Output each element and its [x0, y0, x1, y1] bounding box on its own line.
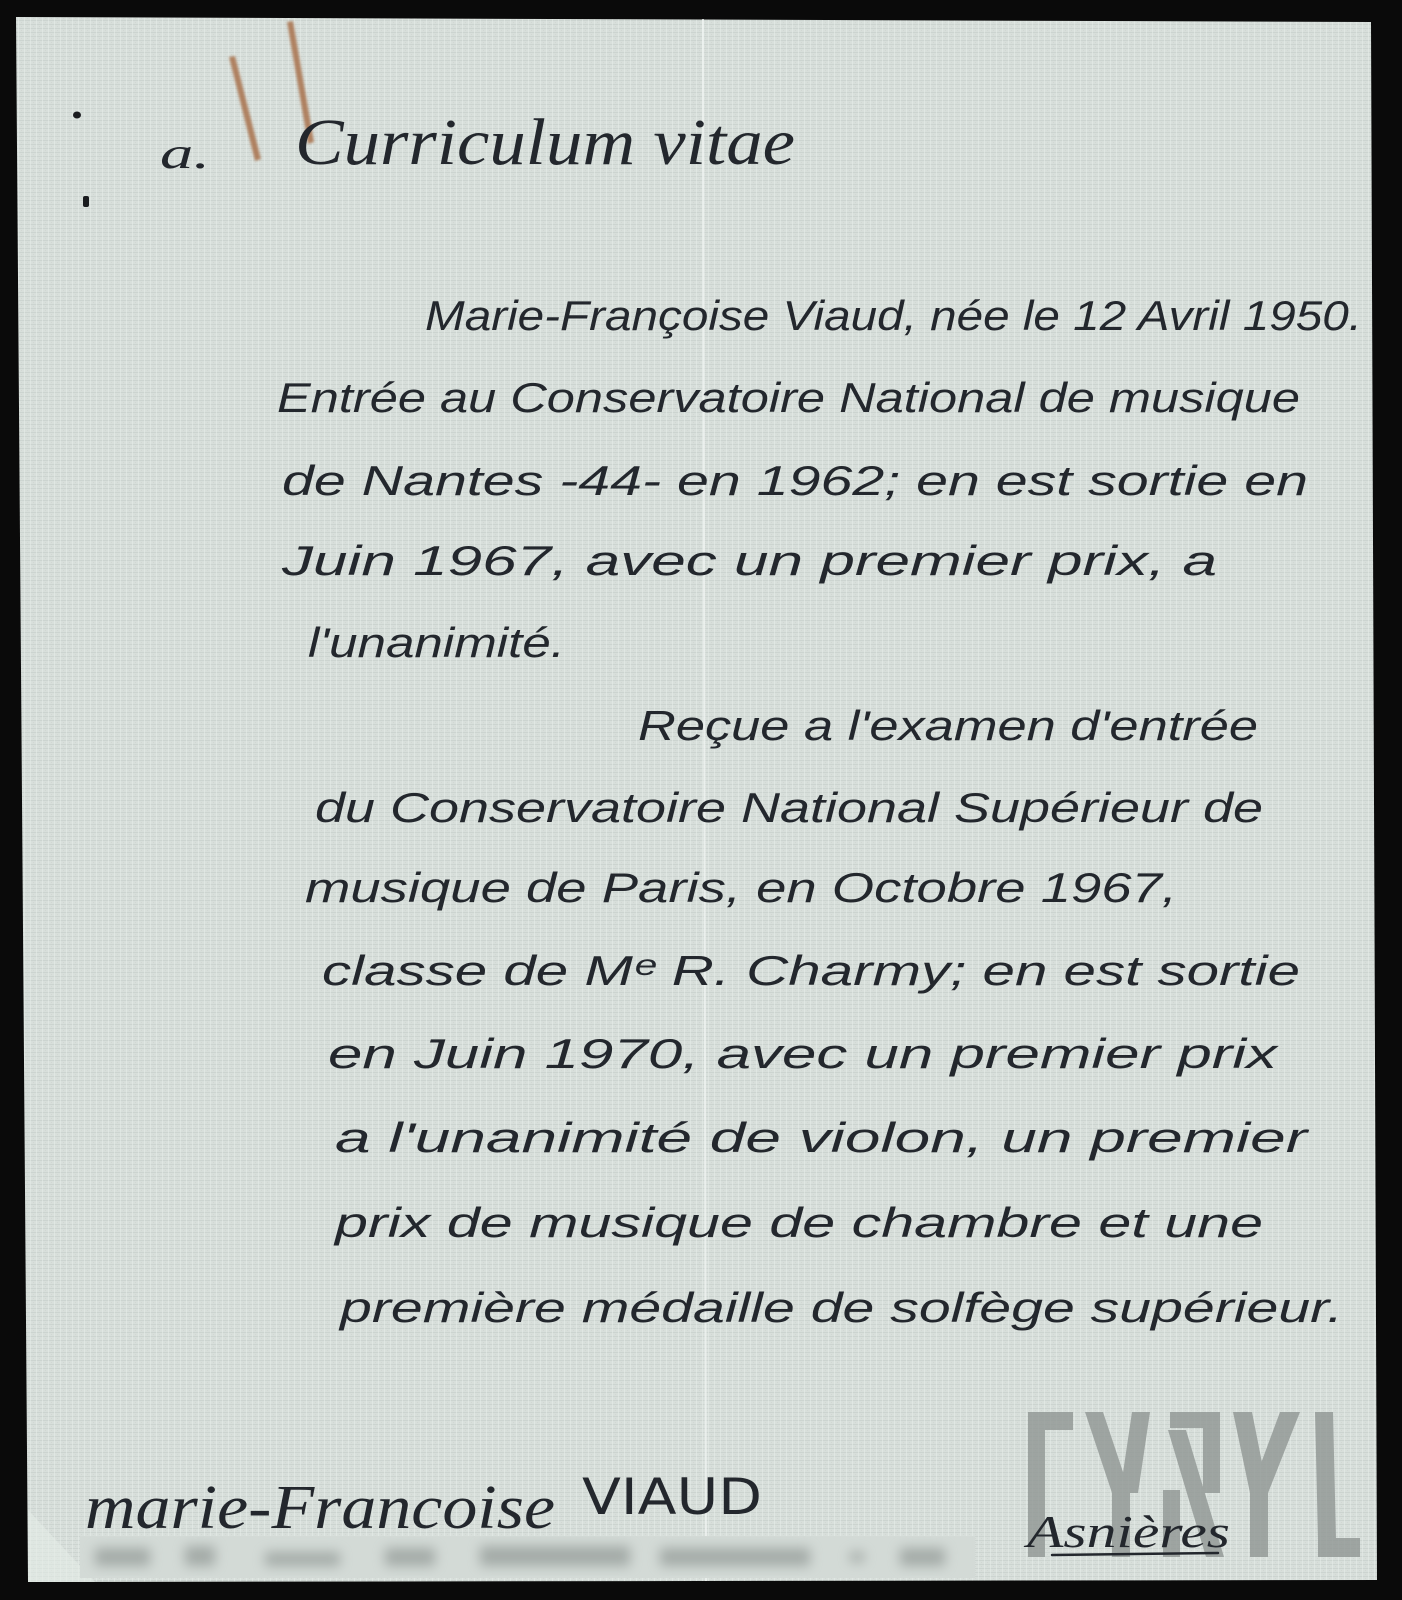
body-line: Juin 1967, avec un premier prix, a [281, 537, 1217, 584]
signature-surname: VIAUD [582, 1468, 762, 1526]
body-line: a l'unanimité de violon, un premier [335, 1114, 1310, 1161]
body-line: classe de Mᵉ R. Charmy; en est sortie [322, 947, 1300, 994]
body-line: Reçue a l'examen d'entrée [638, 702, 1258, 749]
body-line: prix de musique de chambre et une [332, 1199, 1263, 1246]
place-of-writing: Asnières [1023, 1506, 1230, 1557]
redacted-address-line [80, 1536, 975, 1578]
body-line: première médaille de solfège supérieur. [337, 1284, 1343, 1331]
body-line: du Conservatoire National Supérieur de [315, 784, 1263, 831]
body-line: de Nantes -44- en 1962; en est sortie en [282, 457, 1308, 504]
body-line: en Juin 1970, avec un premier prix [328, 1030, 1280, 1077]
signature-given-names: marie-Francoise [85, 1474, 555, 1542]
section-label: a. [160, 129, 210, 178]
body-line: Marie-Françoise Viaud, née le 12 Avril 1… [425, 292, 1362, 339]
body-line: musique de Paris, en Octobre 1967, [305, 864, 1177, 911]
ink-dot-mark [83, 196, 89, 207]
body-line: l'unanimité. [308, 619, 565, 666]
body-line: Entrée au Conservatoire National de musi… [277, 374, 1300, 421]
scanned-document: a. Curriculum vitae Marie-Françoise Viau… [0, 0, 1402, 1600]
place-name: Asnières [1023, 1506, 1230, 1557]
document-title: Curriculum vitae [295, 106, 795, 179]
ink-dot-mark [73, 112, 81, 119]
